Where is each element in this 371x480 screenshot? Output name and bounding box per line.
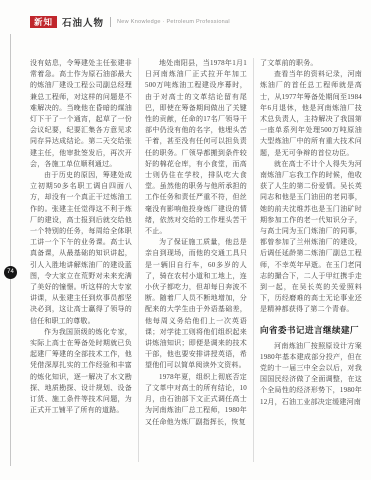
page-header: 新知 石油人物 New Knowledge · Petroleum Profes…	[30, 15, 361, 29]
subsection-heading: 向省委书记进言继续建厂	[260, 324, 362, 336]
paragraph: 1978年夏，组织上彻底否定了文革中对高士的所有结论，10月，由石油部下文正式调…	[145, 372, 247, 428]
paragraph: 就在高士不计个人得失为河南炼油厂忘我工作的时候，他收获了人生的第二份爱情。吴长英…	[260, 159, 362, 316]
column-1: 没有姑息，令筹建处主任张建非常着急。高士作为原石油部最大的炼油厂建设工程公司副总…	[30, 58, 132, 462]
magazine-page: 新知 石油人物 New Knowledge · Petroleum Profes…	[0, 0, 371, 480]
left-margin-rule	[10, 34, 11, 466]
paragraph: 作为我国顶级的炼化专家，实际上高士在筹备处时期就已负起建厂筹建的全部技术工作，他…	[30, 327, 132, 417]
paragraph: 查看当年的资料记录，河南炼油厂的首任总工程师就是高士，从1977年筹备处期间至1…	[260, 69, 362, 159]
column-3: 了文革前的职务。 查看当年的资料记录，河南炼油厂的首任总工程师就是高士，从197…	[253, 58, 362, 462]
paragraph: 为了保证施工质量，他总是亲自到现场，而他的交通工具只是一辆旧自行车，60多岁的人…	[145, 237, 247, 371]
page-number-badge: 74	[4, 266, 17, 279]
section-badge: 新知	[30, 16, 57, 29]
section-subtitle-en: New Knowledge · Petroleum Professional	[117, 19, 230, 25]
paragraph: 地处南阳县，当1978年1月1日河南炼油厂正式拉开年加工500万吨炼油工程建设序…	[145, 58, 247, 237]
paragraph: 了文革前的职务。	[260, 58, 362, 69]
header-divider	[110, 17, 111, 27]
paragraph: 河南炼油厂按照原设计方案1980年基本建成部分投产，但在党的十一届三中全会以后，…	[260, 341, 362, 408]
article-body: 没有姑息，令筹建处主任张建非常着急。高士作为原石油部最大的炼油厂建设工程公司副总…	[30, 58, 362, 462]
paragraph: 由于历史的原因，筹建处成立初期50多名职工调自四面八方，却没有一个真正干过炼油工…	[30, 170, 132, 327]
paragraph: 没有姑息，令筹建处主任张建非常着急。高士作为原石油部最大的炼油厂建设工程公司副总…	[30, 58, 132, 170]
column-2: 地处南阳县，当1978年1月1日河南炼油厂正式拉开年加工500万吨炼油工程建设序…	[138, 58, 247, 462]
section-title: 石油人物	[62, 15, 104, 29]
